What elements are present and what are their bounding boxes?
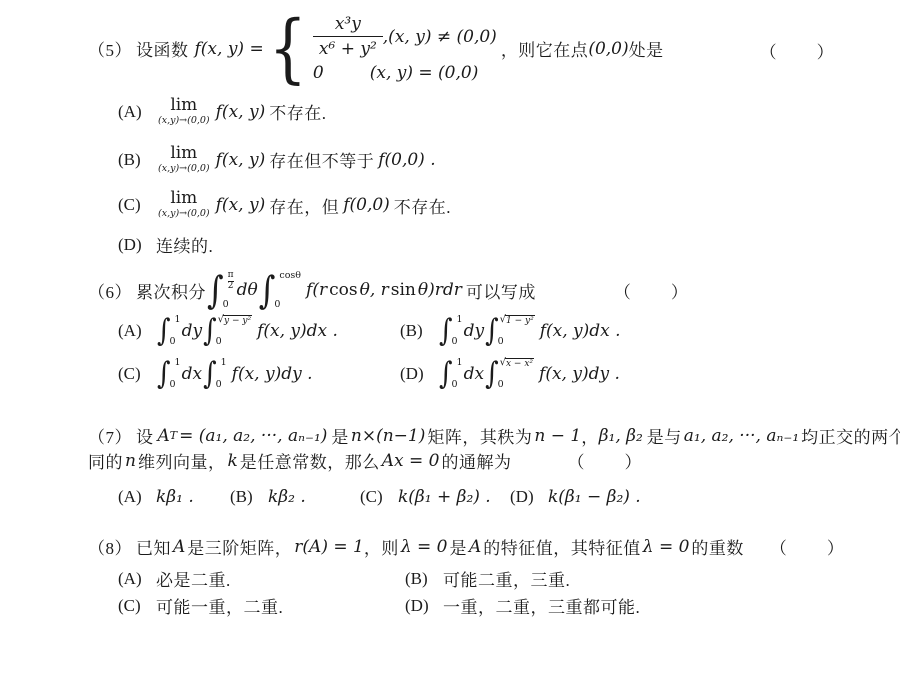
stem-text: 的通解为	[442, 448, 512, 473]
function-expression: f(x, y)dx .	[540, 321, 621, 341]
integral-sign: ∫	[203, 358, 217, 389]
integral-bounds: cosθ 0	[276, 271, 301, 309]
piecewise-cases: x³y x⁶ + y² ,(x, y) ≠ (0,0) 0 (x, y) = (…	[313, 14, 497, 83]
option-label: (B)	[118, 150, 156, 170]
lower-bound: 0	[498, 380, 534, 390]
curly-brace: {	[269, 11, 307, 86]
question-6-options-row-2: (C) ∫ 1 0 dx ∫ 1 0	[118, 358, 900, 389]
answer-blank: （ ）	[760, 38, 836, 63]
option-math: k(β₁ + β₂) .	[398, 487, 491, 507]
stem-text: 是任意常数，那么	[240, 448, 380, 473]
stem-text: 的特征值，其特征值	[483, 534, 641, 559]
option-text: 存在但不等于	[269, 147, 374, 172]
integral-bounds: 1 0	[454, 315, 463, 346]
origin-point: (0,0)	[588, 39, 628, 59]
function-expression: f(0,0)	[343, 195, 390, 215]
function-expression: f(x, y)	[216, 102, 266, 122]
lower-bound: 0	[452, 380, 463, 390]
integral-bounds: √ 1 − y² 0	[500, 315, 535, 346]
question-7-options: (A) kβ₁ . (B) kβ₂ . (C) k(β₁ + β₂) . (D)…	[118, 487, 900, 507]
stem-text: 设	[136, 423, 154, 448]
upper-bound: 1	[457, 315, 463, 325]
lower-bound: 0	[223, 300, 234, 310]
radicand: 1 − y²	[505, 315, 535, 327]
integral-bounds: 1 0	[172, 315, 181, 346]
question-8: （8） 已知 A 是三阶矩阵， r(A) = 1 ，则 λ = 0 是 A 的特…	[88, 534, 900, 618]
lower-bound: 0	[170, 337, 181, 347]
option-label: (A)	[118, 321, 156, 341]
answer-blank: （ ）	[770, 534, 846, 559]
vector-list: a₁, a₂, ···, aₙ₋₁	[684, 426, 799, 446]
option-label: (D)	[118, 235, 156, 255]
option-label: (C)	[360, 487, 398, 507]
stem-text: 已知	[136, 534, 171, 559]
case-2-condition: (x, y) = (0,0)	[370, 63, 479, 83]
radical-upper-bound: √ y − y²	[218, 315, 252, 327]
function-expression: f(x, y)dx .	[257, 321, 338, 341]
stem-text: 是	[331, 423, 349, 448]
option-label: (D)	[400, 364, 438, 384]
constant-symbol: k	[227, 451, 237, 471]
lower-bound: 0	[216, 380, 227, 390]
integral-sign: ∫	[485, 358, 499, 389]
question-7-stem-line-1: （7） 设 AT = (a₁, a₂, ···, aₙ₋₁) 是 n×(n−1)…	[88, 423, 900, 448]
differential: dy	[464, 321, 485, 341]
stem-text: 是与	[647, 423, 682, 448]
question-5-option-c: (C) lim (x,y)→(0,0) f(x, y) 存在，但 f(0,0) …	[118, 190, 900, 220]
equation: Ax = 0	[382, 451, 440, 471]
option-label: (C)	[118, 195, 156, 215]
limit-word: lim	[170, 190, 197, 208]
limit-word: lim	[170, 97, 197, 115]
radical-upper-bound: √ 1 − y²	[500, 315, 535, 327]
piecewise-case-2: 0 (x, y) = (0,0)	[313, 63, 497, 83]
option-label: (D)	[510, 487, 548, 507]
option-label: (A)	[118, 487, 156, 507]
option-math: k(β₁ − β₂) .	[548, 487, 641, 507]
question-6-stem: （6） 累次积分 ∫ π 2 0 dθ ∫ cosθ	[88, 271, 900, 309]
question-6-option-b: (B) ∫ 1 0 dy ∫ √ 1	[400, 315, 621, 346]
question-6-options-row-1: (A) ∫ 1 0 dy ∫ √ y	[118, 315, 900, 346]
limit-subscript: (x,y)→(0,0)	[158, 208, 210, 220]
integral: ∫ 1 0	[203, 358, 227, 389]
option-label: (B)	[400, 321, 438, 341]
integral: ∫ 1 0	[439, 315, 463, 346]
stem-text: 设函数	[136, 36, 189, 61]
integral-bounds: 1 0	[172, 358, 181, 389]
question-8-option-c: (C) 可能一重，二重.	[118, 593, 405, 618]
option-text: 存在，但	[269, 193, 339, 218]
question-6-option-c: (C) ∫ 1 0 dx ∫ 1 0	[118, 358, 400, 389]
piecewise-case-1: x³y x⁶ + y² ,(x, y) ≠ (0,0)	[313, 14, 497, 59]
integrand: sin	[391, 280, 416, 300]
integrand: θ, r	[360, 280, 389, 300]
question-6: （6） 累次积分 ∫ π 2 0 dθ ∫ cosθ	[88, 271, 900, 389]
integrand: cos	[329, 280, 357, 300]
integral: ∫ 1 0	[439, 358, 463, 389]
limit-expression: lim (x,y)→(0,0)	[158, 97, 210, 127]
differential: dy	[182, 321, 203, 341]
integral-sign: ∫	[439, 358, 453, 389]
limit-word: lim	[170, 145, 197, 163]
limit-expression: lim (x,y)→(0,0)	[158, 190, 210, 220]
eigenvalue-equation: λ = 0	[401, 537, 448, 557]
bound-denominator: 2	[228, 281, 234, 291]
beta-vectors: β₁, β₂	[599, 426, 643, 446]
question-8-option-b: (B) 可能二重，三重.	[405, 566, 570, 591]
stem-text: 均正交的两个不	[801, 423, 900, 448]
matrix-size: n×(n−1)	[351, 426, 425, 446]
option-label: (C)	[118, 596, 156, 616]
rank-equation: r(A) = 1	[294, 537, 364, 557]
differential: dx	[182, 364, 202, 384]
integral: ∫ 1 0	[157, 315, 181, 346]
lower-bound: 0	[216, 337, 252, 347]
option-label: (C)	[118, 364, 156, 384]
function-expression: f(x, y)dy .	[539, 364, 620, 384]
integral: ∫ √ 1 − y² 0	[485, 315, 535, 346]
limit-subscript: (x,y)→(0,0)	[158, 115, 210, 127]
option-text: 连续的.	[156, 232, 213, 257]
option-text: 可能一重，二重.	[156, 593, 283, 618]
stem-text: ，则它在点	[501, 36, 589, 61]
integral-sign: ∫	[259, 271, 276, 309]
integral-sign: ∫	[157, 358, 171, 389]
radicand: y − y²	[223, 315, 252, 327]
radicand: x − x²	[505, 358, 534, 370]
function-notation: f(x, y) =	[195, 39, 264, 59]
case-2-value: 0	[313, 63, 324, 83]
question-8-option-a: (A) 必是二重.	[118, 566, 405, 591]
stem-text: 可以写成	[466, 278, 536, 303]
function-expression: f(x, y)dy .	[232, 364, 313, 384]
option-text: 一重，二重，三重都可能.	[443, 593, 640, 618]
question-7-stem-line-2: 同的 n 维列向量， k 是任意常数，那么 Ax = 0 的通解为 （ ）	[88, 448, 900, 473]
upper-bound: cosθ	[279, 271, 301, 281]
integral-bounds: π 2 0	[225, 271, 234, 309]
function-expression: f(0,0) .	[378, 150, 435, 170]
question-7-option-b: (B) kβ₂ .	[230, 487, 360, 507]
option-text: 不存在.	[269, 99, 326, 124]
question-number: （7）	[88, 423, 132, 448]
question-6-option-a: (A) ∫ 1 0 dy ∫ √ y	[118, 315, 400, 346]
question-5-stem: （5） 设函数 f(x, y) = { x³y x⁶ + y² ,(x, y) …	[88, 14, 900, 83]
limit-subscript: (x,y)→(0,0)	[158, 163, 210, 175]
integral-bounds: 1 0	[454, 358, 463, 389]
scanned-exam-page: （5） 设函数 f(x, y) = { x³y x⁶ + y² ,(x, y) …	[0, 0, 900, 676]
stem-text: 是三阶矩阵，	[187, 534, 292, 559]
question-5-option-d: (D) 连续的.	[118, 232, 900, 257]
stem-text: 累次积分	[136, 278, 206, 303]
question-6-option-d: (D) ∫ 1 0 dx ∫ √ x	[400, 358, 620, 389]
option-text: 必是二重.	[156, 566, 231, 591]
outer-integral: ∫ π 2 0	[207, 271, 234, 309]
integral-sign: ∫	[157, 315, 171, 346]
option-label: (B)	[405, 569, 443, 589]
integrand: f(r	[306, 280, 327, 300]
option-label: (A)	[118, 102, 156, 122]
fraction-numerator: x³y	[313, 14, 383, 36]
question-7-option-c: (C) k(β₁ + β₂) .	[360, 487, 510, 507]
eigenvalue-equation: λ = 0	[643, 537, 690, 557]
integral: ∫ √ y − y² 0	[203, 315, 252, 346]
stem-text: ，则	[364, 534, 399, 559]
integral-bounds: √ y − y² 0	[218, 315, 252, 346]
upper-bound: 1	[175, 315, 181, 325]
differential: dx	[464, 364, 484, 384]
case-1-condition: ,(x, y) ≠ (0,0)	[383, 27, 497, 47]
integral: ∫ √ x − x² 0	[485, 358, 534, 389]
option-math: kβ₁ .	[156, 487, 194, 507]
matrix-symbol: A	[158, 426, 170, 446]
integral-sign: ∫	[207, 271, 224, 309]
matrix-symbol: A	[469, 537, 481, 557]
question-8-option-d: (D) 一重，二重，三重都可能.	[405, 593, 640, 618]
stem-text: 同的	[88, 448, 123, 473]
lower-bound: 0	[498, 337, 535, 347]
answer-blank: （ ）	[568, 448, 644, 473]
function-expression: f(x, y)	[216, 195, 266, 215]
function-expression: f(x, y)	[216, 150, 266, 170]
limit-expression: lim (x,y)→(0,0)	[158, 145, 210, 175]
stem-text: 维列向量，	[138, 448, 226, 473]
differential: dθ	[237, 280, 258, 300]
integral-bounds: 1 0	[218, 358, 227, 389]
upper-bound-fraction: π 2	[228, 271, 234, 291]
question-number: （5）	[88, 36, 132, 61]
question-7-option-d: (D) k(β₁ − β₂) .	[510, 487, 641, 507]
matrix-symbol: A	[173, 537, 185, 557]
question-8-stem: （8） 已知 A 是三阶矩阵， r(A) = 1 ，则 λ = 0 是 A 的特…	[88, 534, 900, 559]
vector-list: = (a₁, a₂, ···, aₙ₋₁)	[179, 426, 327, 446]
option-text: 不存在.	[394, 193, 451, 218]
exam-content: （5） 设函数 f(x, y) = { x³y x⁶ + y² ,(x, y) …	[0, 0, 900, 618]
option-label: (A)	[118, 569, 156, 589]
lower-bound: 0	[452, 337, 463, 347]
stem-text: 处是	[629, 36, 664, 61]
stem-text: ，	[581, 423, 599, 448]
radical-upper-bound: √ x − x²	[500, 358, 534, 370]
question-5: （5） 设函数 f(x, y) = { x³y x⁶ + y² ,(x, y) …	[88, 14, 900, 257]
integral-bounds: √ x − x² 0	[500, 358, 534, 389]
question-number: （8）	[88, 534, 132, 559]
rank-value: n − 1	[534, 426, 581, 446]
stem-text: 是	[449, 534, 467, 559]
question-8-options-row-1: (A) 必是二重. (B) 可能二重，三重.	[118, 566, 900, 591]
answer-blank: （ ）	[614, 278, 690, 303]
fraction-denominator: x⁶ + y²	[313, 36, 383, 59]
fraction: x³y x⁶ + y²	[313, 14, 383, 59]
question-number: （6）	[88, 278, 132, 303]
inner-integral: ∫ cosθ 0	[259, 271, 301, 309]
question-7-option-a: (A) kβ₁ .	[118, 487, 230, 507]
integral: ∫ 1 0	[157, 358, 181, 389]
dimension-symbol: n	[125, 451, 136, 471]
question-8-options-row-2: (C) 可能一重，二重. (D) 一重，二重，三重都可能.	[118, 593, 900, 618]
lower-bound: 0	[274, 300, 301, 310]
stem-text: 的重数	[691, 534, 744, 559]
question-7: （7） 设 AT = (a₁, a₂, ···, aₙ₋₁) 是 n×(n−1)…	[88, 423, 900, 507]
stem-text: 矩阵，其秩为	[427, 423, 532, 448]
integral-sign: ∫	[203, 315, 217, 346]
option-label: (D)	[405, 596, 443, 616]
question-5-option-a: (A) lim (x,y)→(0,0) f(x, y) 不存在.	[118, 97, 900, 127]
option-label: (B)	[230, 487, 268, 507]
upper-bound: 1	[457, 358, 463, 368]
option-math: kβ₂ .	[268, 487, 306, 507]
bound-numerator: π	[228, 271, 234, 280]
question-5-option-b: (B) lim (x,y)→(0,0) f(x, y) 存在但不等于 f(0,0…	[118, 145, 900, 175]
upper-bound: 1	[175, 358, 181, 368]
integral-sign: ∫	[485, 315, 499, 346]
integrand: θ)rdr	[418, 280, 462, 300]
lower-bound: 0	[170, 380, 181, 390]
option-text: 可能二重，三重.	[443, 566, 570, 591]
integral-sign: ∫	[439, 315, 453, 346]
upper-bound: 1	[221, 358, 227, 368]
